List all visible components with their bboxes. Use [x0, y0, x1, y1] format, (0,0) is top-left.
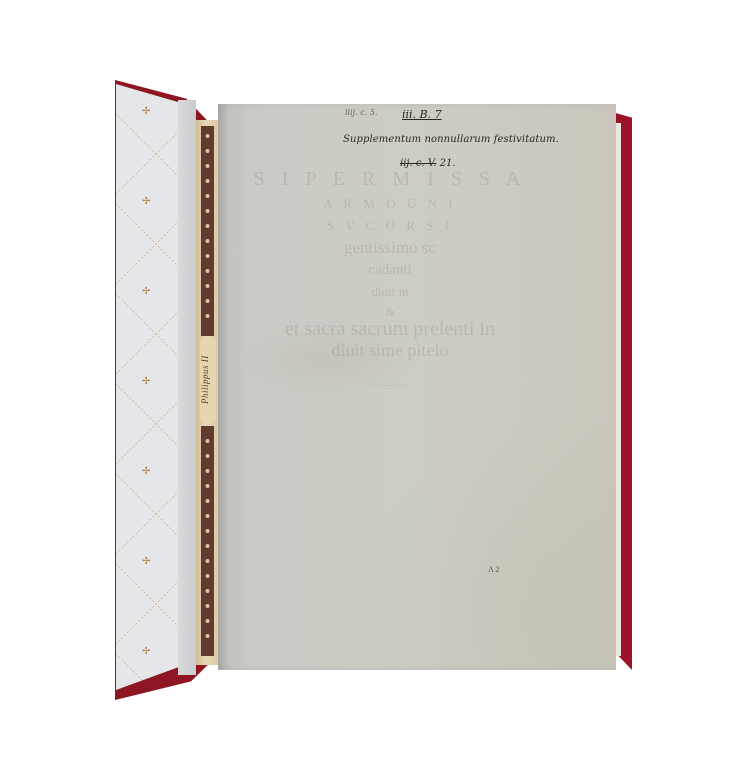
number: 21. [440, 158, 456, 169]
svg-text:✢: ✢ [142, 106, 150, 117]
bleed-through-line: gentissimo sc [180, 238, 600, 258]
svg-text:✢: ✢ [142, 286, 150, 297]
bleed-through-line: ................ [180, 378, 600, 388]
shelfmark: iii. B. 7 [402, 108, 442, 121]
svg-text:✢: ✢ [142, 556, 150, 567]
svg-text:✢: ✢ [142, 466, 150, 477]
bleed-through-line: A R M O U N I [180, 196, 600, 212]
struck-number: iij. c. V. [400, 158, 436, 169]
bleed-through-line: cadanti [180, 262, 600, 279]
bleed-through-line: S I P E R M I S S A [180, 168, 600, 191]
old-shelfmark: iiij. c. 5. [345, 108, 377, 117]
svg-text:✢: ✢ [142, 646, 150, 657]
handwritten-title: Supplementum nonnullarum festivitatum. [343, 134, 559, 145]
bleed-through-line: S V C O R S I [180, 218, 600, 234]
handwritten-number: iij. c. V. 21. [400, 158, 456, 169]
bleed-through-line: diuit sime pitelo [180, 340, 600, 361]
svg-text:✢: ✢ [142, 376, 150, 387]
svg-text:✢: ✢ [142, 196, 150, 207]
bleed-through-line: et sacra sacrum prelenti in [180, 318, 600, 341]
bleed-through-line: diuit in [180, 284, 600, 300]
folio-signature: A 2 [488, 565, 499, 574]
